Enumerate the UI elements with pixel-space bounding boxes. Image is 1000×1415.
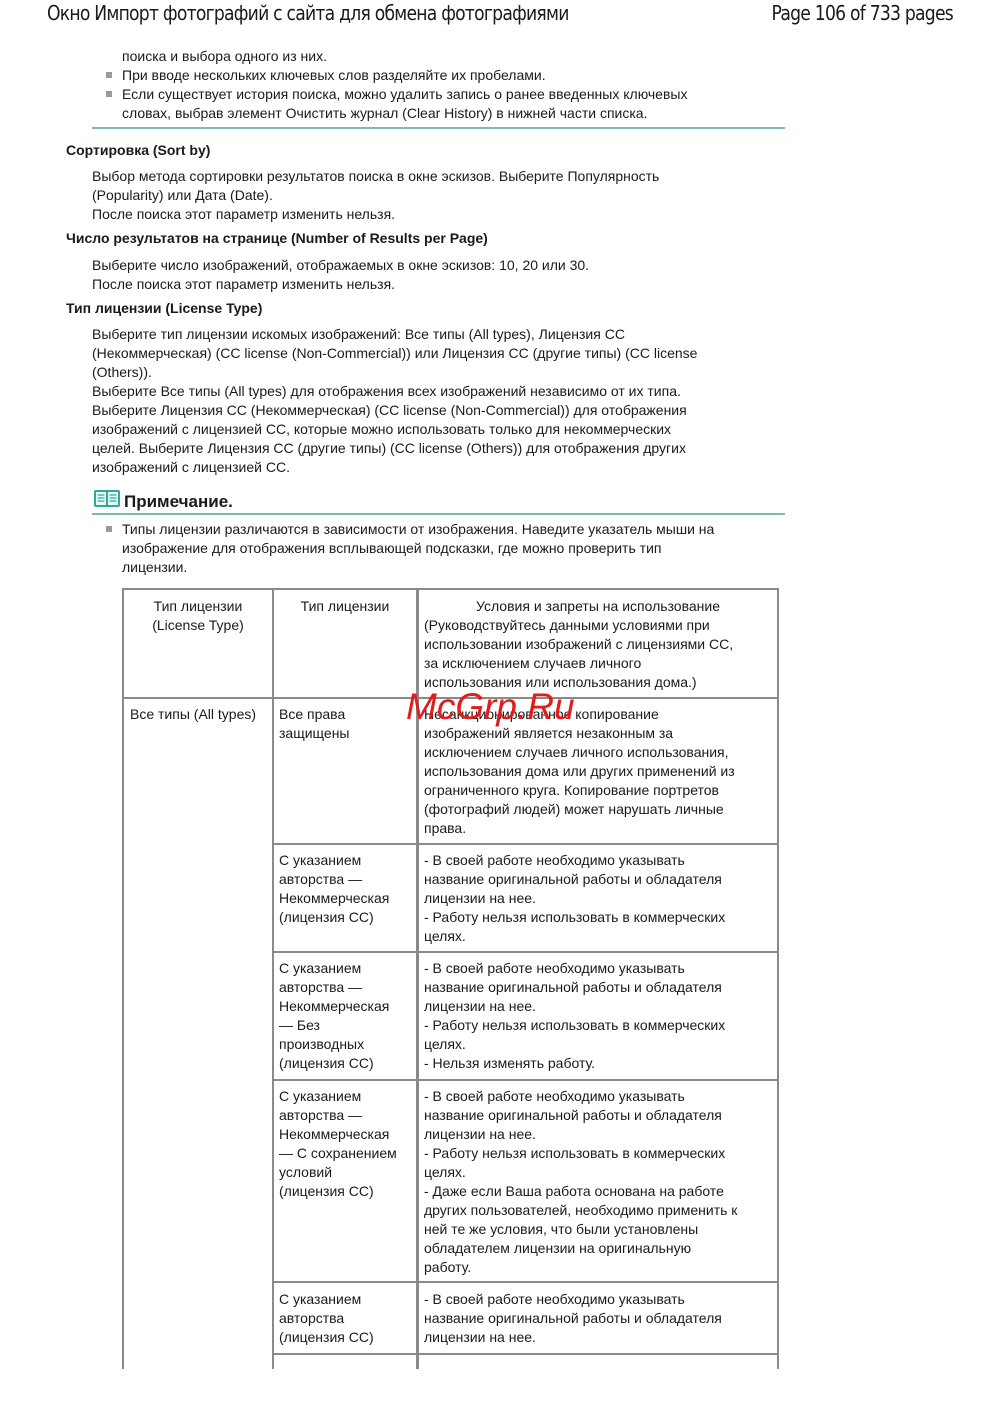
table-border [272,843,779,845]
note-title: Примечание. [124,492,233,512]
table-cell-conditions: - В своей работе необходимо указывать на… [424,959,774,1073]
document-title: Окно Импорт фотографий с сайта для обмен… [47,1,569,25]
bullet-icon [106,91,112,97]
section-divider [92,127,785,129]
heading-license-type: Тип лицензии (License Type) [66,300,262,316]
table-header-license-type-en: Тип лицензии (License Type) [124,597,272,635]
note-text: Типы лицензии различаются в зависимости … [122,520,714,539]
license-type-text: (Некоммерческая) (CC license (Non-Commer… [92,344,697,363]
table-border [777,589,779,1369]
table-cell-conditions: - В своей работе необходимо указывать на… [424,1087,774,1277]
note-text: изображение для отображения всплывающей … [122,539,661,558]
table-border [122,589,124,1369]
table-cell-type: С указанием авторства — Некоммерческая —… [279,959,414,1073]
license-type-text: Выберите Все типы (All types) для отобра… [92,382,681,401]
intro-bullet-2-cont: словах, выбрав элемент Очистить журнал (… [122,104,647,123]
note-divider [92,513,785,515]
table-cell-type: С указанием авторства (лицензия CC) [279,1290,414,1347]
table-border [272,1079,779,1081]
license-type-text: изображений с лицензией CC, которые можн… [92,420,671,439]
results-per-page-text: После поиска этот параметр изменить нель… [92,275,395,294]
license-type-text: целей. Выберите Лицензия CC (другие типы… [92,439,686,458]
page-indicator: Page 106 of 733 pages [772,1,953,25]
bullet-icon [106,526,112,532]
book-icon [93,489,121,514]
table-header-conditions-note: (Руководствуйтесь данными условиями при … [424,616,774,692]
watermark: McGrp.Ru [406,686,575,728]
table-cell-conditions: - В своей работе необходимо указывать на… [424,851,774,946]
table-header-license-type: Тип лицензии [274,597,416,616]
intro-bullet-1: При вводе нескольких ключевых слов разде… [122,66,546,85]
license-type-text: изображений с лицензией CC. [92,458,290,477]
table-header-conditions: Условия и запреты на использование [419,597,777,616]
intro-continuation: поиска и выбора одного из них. [122,47,327,66]
note-text: лицензии. [122,558,187,577]
sort-by-text: (Popularity) или Дата (Date). [92,186,273,205]
table-cell-type: С указанием авторства — Некоммерческая —… [279,1087,414,1201]
sort-by-text: Выбор метода сортировки результатов поис… [92,167,659,186]
heading-sort-by: Сортировка (Sort by) [66,142,210,158]
table-top-border [122,588,779,590]
bullet-icon [106,72,112,78]
page-header: Окно Импорт фотографий с сайта для обмен… [0,0,1000,30]
table-border [272,951,779,953]
results-per-page-text: Выберите число изображений, отображаемых… [92,256,589,275]
table-group-all-types: Все типы (All types) [130,705,272,724]
intro-bullet-2: Если существует история поиска, можно уд… [122,85,687,104]
table-border [272,1281,779,1283]
license-type-text: (Others)). [92,363,152,382]
table-cell-type: С указанием авторства — Некоммерческая (… [279,851,414,927]
license-type-text: Выберите Лицензия CC (Некоммерческая) (C… [92,401,687,420]
sort-by-text: После поиска этот параметр изменить нель… [92,205,395,224]
table-border [272,589,274,1369]
table-cell-type: Все права защищены [279,705,414,743]
table-cell-conditions: - В своей работе необходимо указывать на… [424,1290,774,1347]
table-border [272,1353,779,1355]
heading-results-per-page: Число результатов на странице (Number of… [66,230,488,246]
license-type-text: Выберите тип лицензии искомых изображени… [92,325,625,344]
